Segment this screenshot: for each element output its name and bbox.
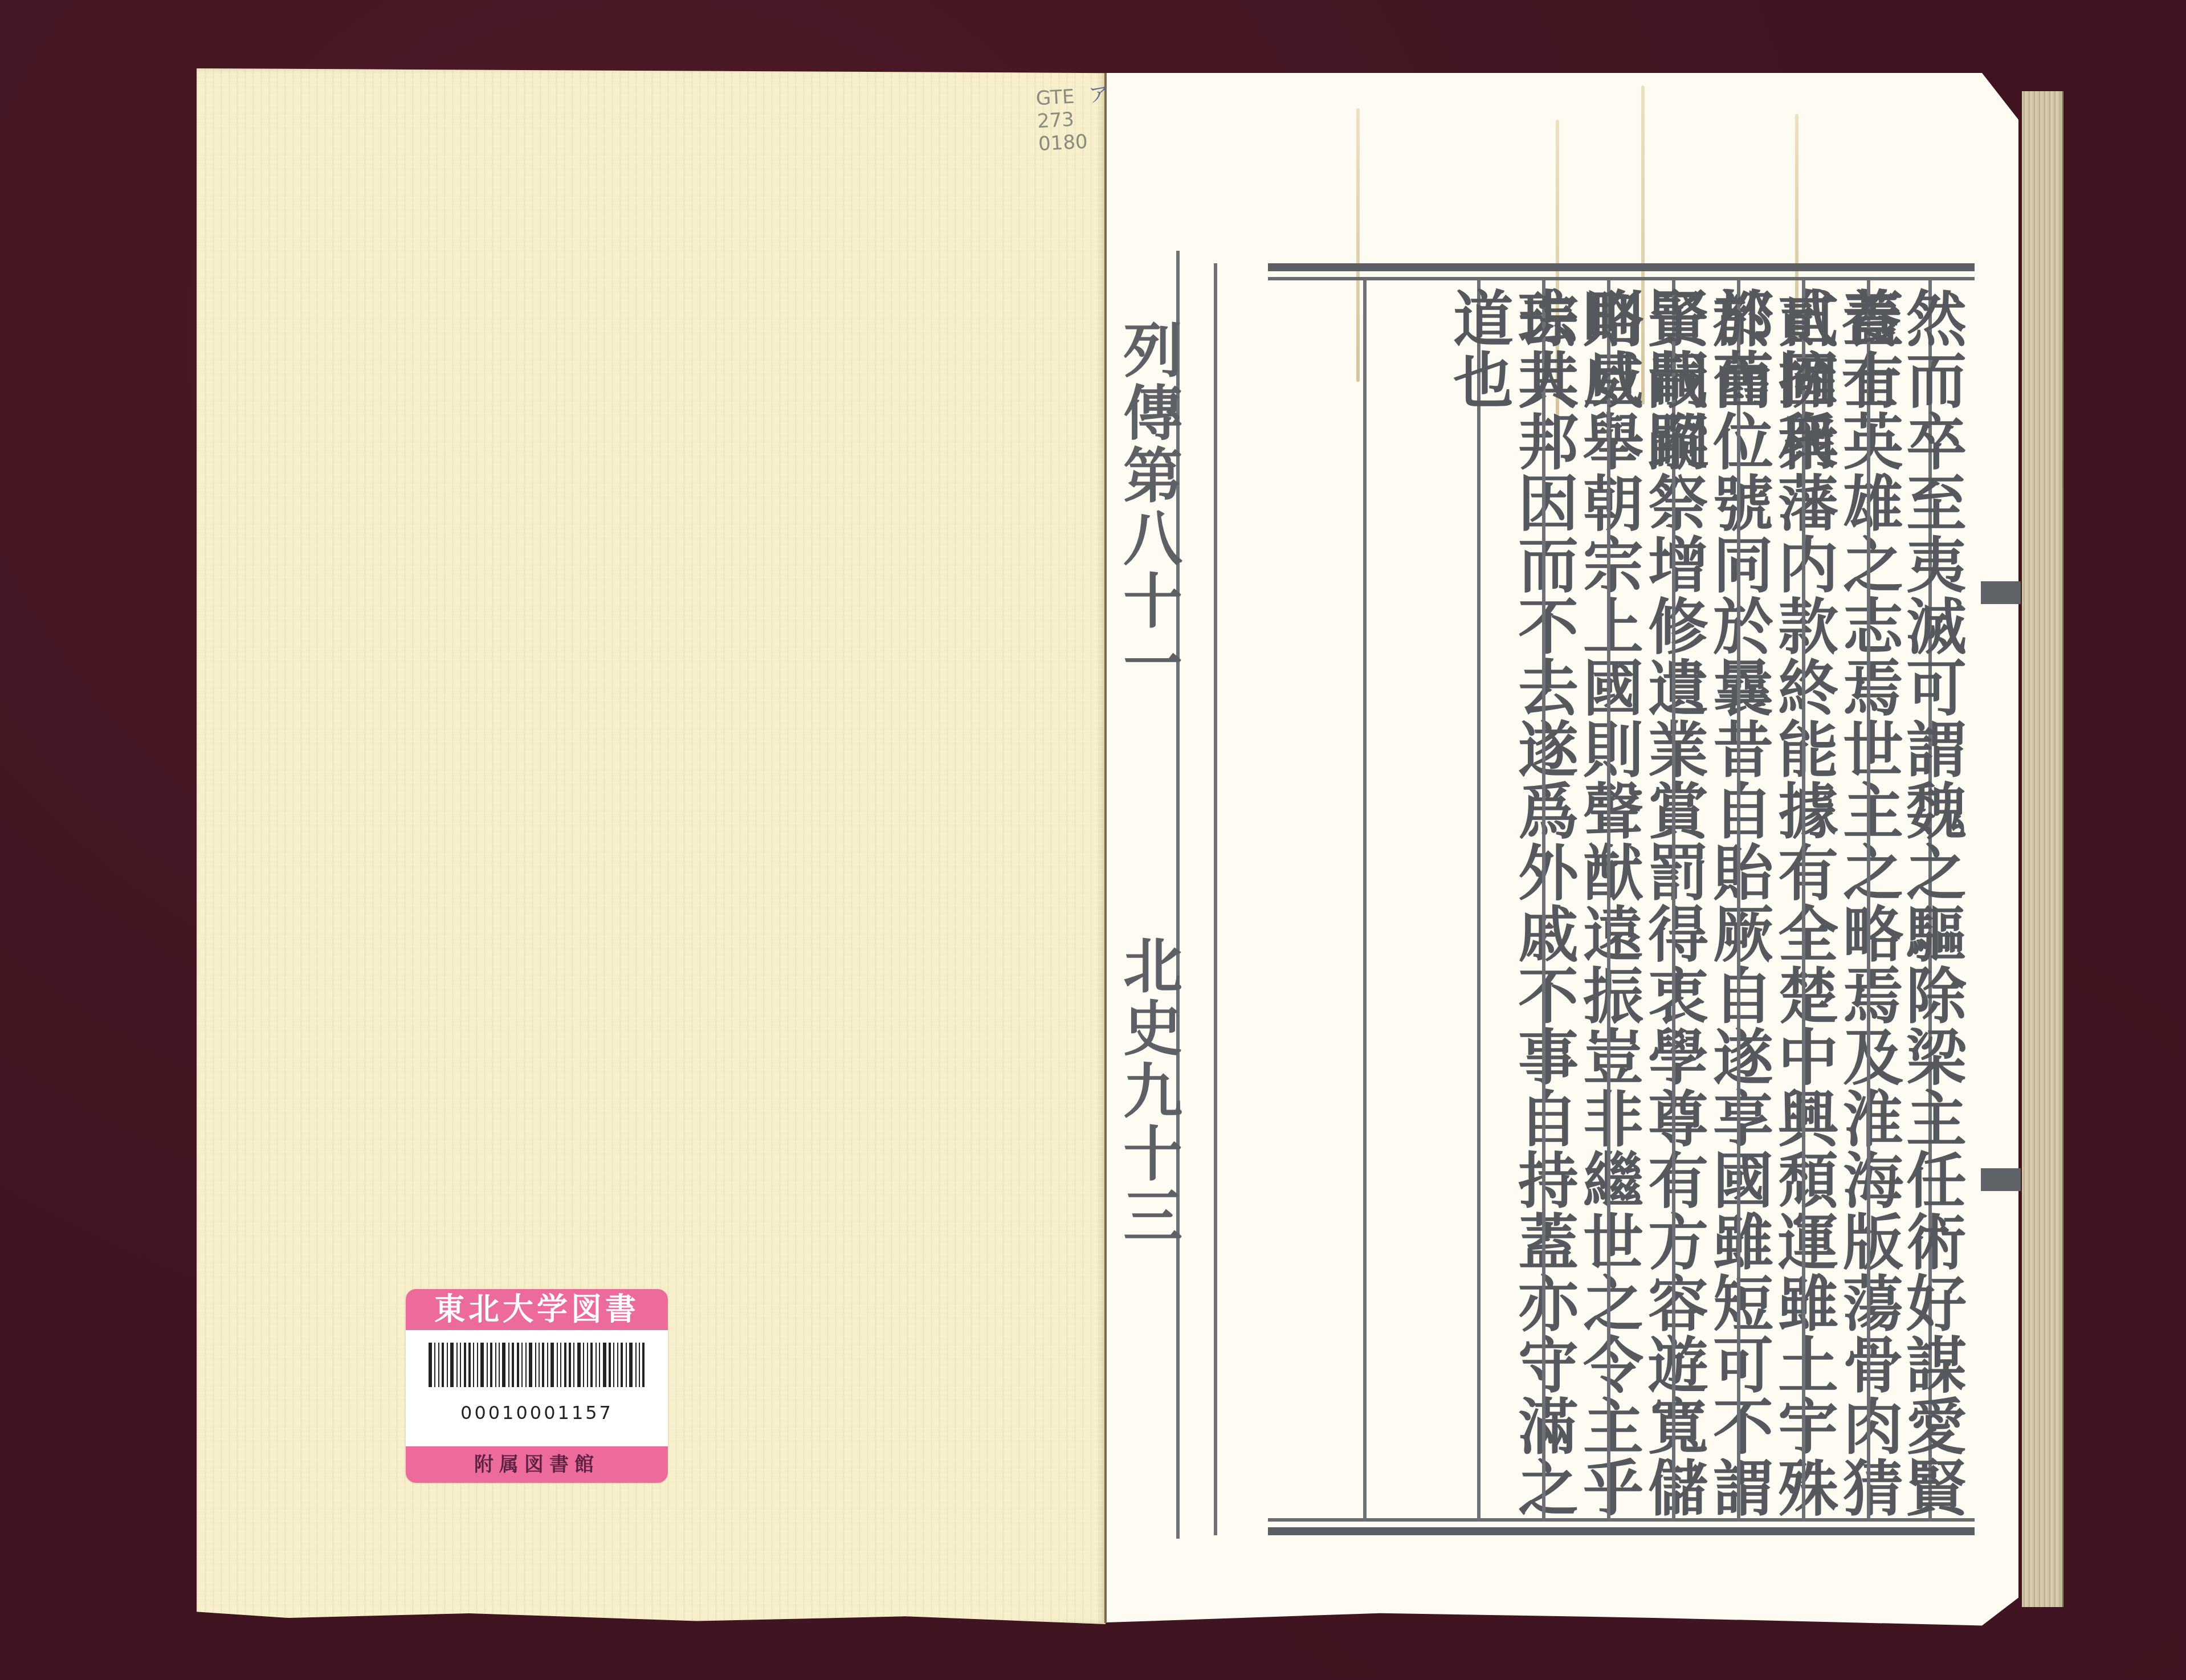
call-number-mark: ア <box>1088 84 1110 108</box>
pencil-call-number: GTE 273 0180 ア <box>1035 84 1107 156</box>
print-frame-inner-border <box>1214 263 1217 1535</box>
column-text: 然而卒至夷滅可謂魏之驅除梁主任術好謀愛賢養士 <box>1834 287 1964 1522</box>
library-label-header: 東北大学図書 <box>406 1289 668 1330</box>
text-body: 然而卒至夷滅可謂魏之驅除梁主任術好謀愛賢養士 蓋有英雄之志焉世主之略焉及淮海版蕩… <box>1282 279 1932 1522</box>
barcode-number: 00010001157 <box>406 1402 668 1424</box>
call-number-line-3: 0180 <box>1038 129 1107 156</box>
volume-number: 北史九十三 <box>1116 935 1180 1248</box>
barcode-icon <box>429 1343 645 1387</box>
fish-tail-mark <box>1981 581 2021 604</box>
library-barcode-label: 東北大学図書 00010001157 附属図書館 <box>406 1289 668 1483</box>
call-number-line-2: 273 <box>1037 107 1106 133</box>
block-center-margin: 列傳第八十一 北史九十三 <box>1111 251 1180 1539</box>
library-label-footer: 附属図書館 <box>406 1446 668 1483</box>
chapter-title: 列傳第八十一 <box>1116 319 1180 695</box>
fish-tail-mark <box>1981 1168 2021 1191</box>
text-column: 然而卒至夷滅可謂魏之驅除梁主任術好謀愛賢養士 <box>1867 279 1932 1522</box>
book-gutter <box>1104 73 1107 1623</box>
book-fore-edge <box>2022 91 2063 1607</box>
